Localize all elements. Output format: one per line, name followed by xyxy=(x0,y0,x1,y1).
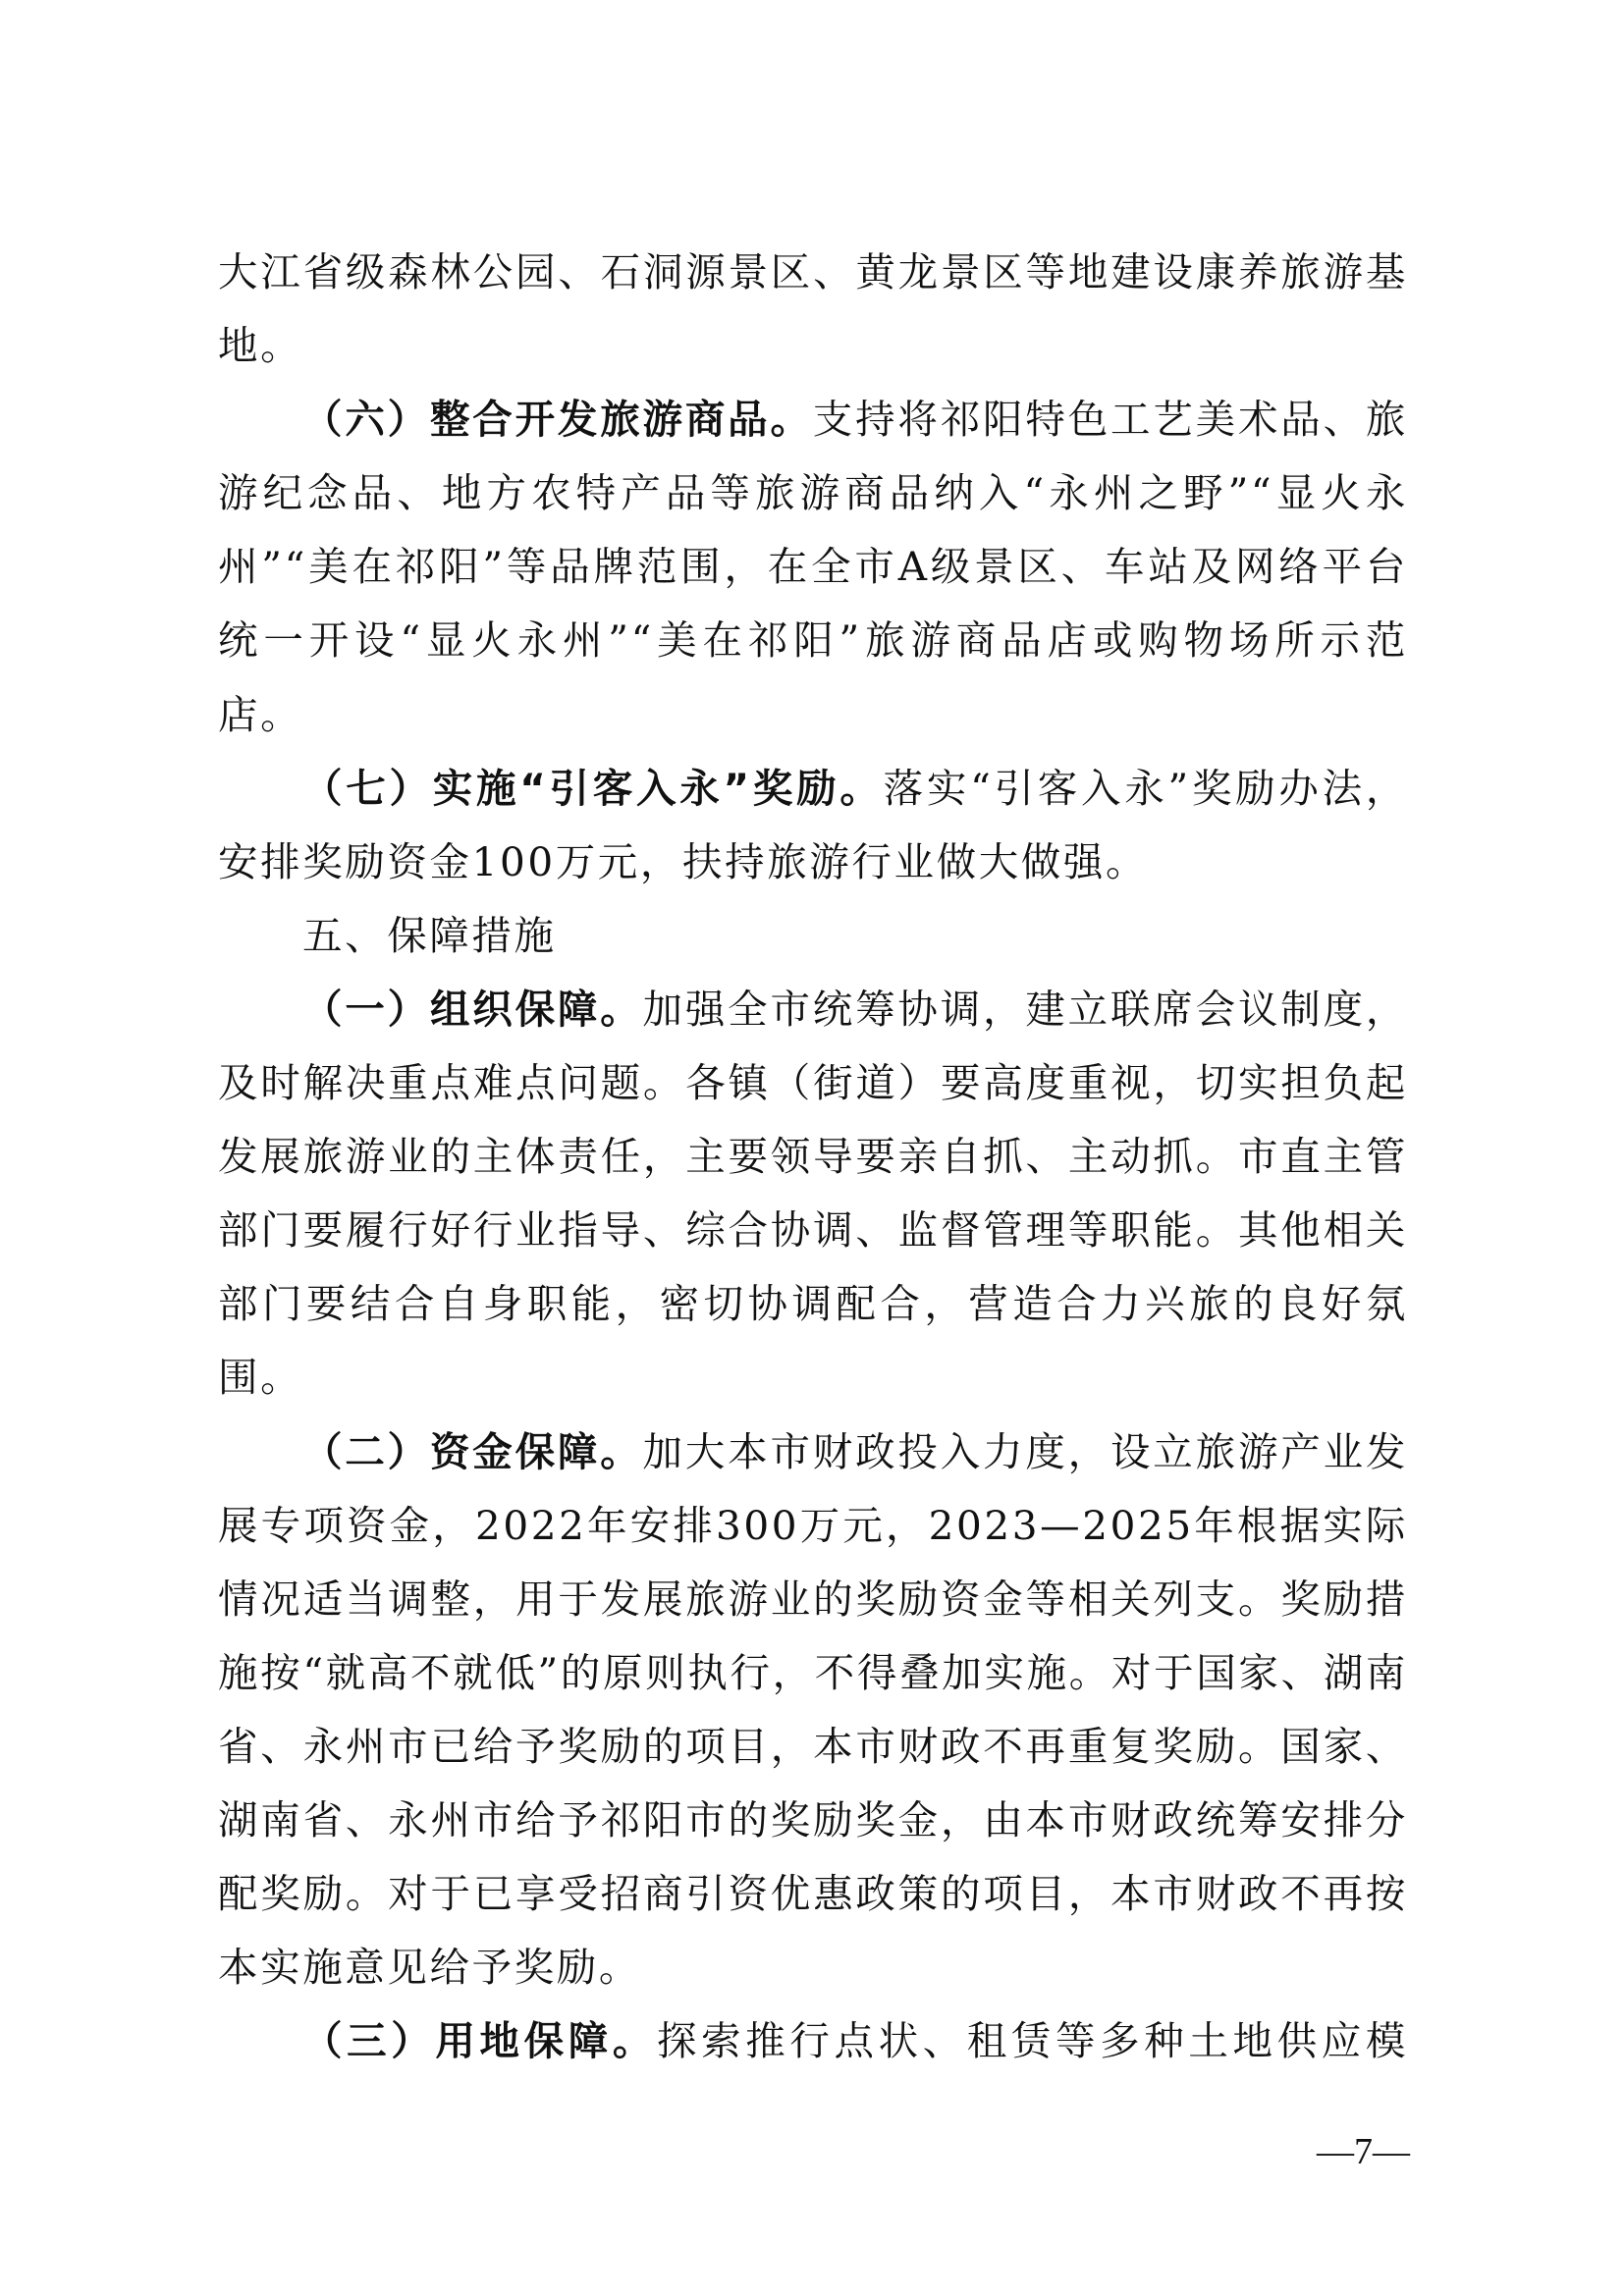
paragraph-funding-guarantee: （二）资金保障。加大本市财政投入力度，设立旅游产业发展专项资金，2022年安排3… xyxy=(218,1415,1408,2005)
section-heading: 五、保障措施 xyxy=(218,899,1408,973)
paragraph-lead-heading: （一）组织保障。 xyxy=(302,986,643,1033)
paragraph-land-guarantee: （三）用地保障。探索推行点状、租赁等多种土地供应模 xyxy=(218,2004,1408,2078)
paragraph-text: 探索推行点状、租赁等多种土地供应模 xyxy=(657,2017,1408,2064)
page-number: —7— xyxy=(1312,2130,1410,2173)
paragraph-lead-heading: （七）实施“引客入永”奖励。 xyxy=(302,765,884,812)
paragraph-text: 大江省级森林公园、石洞源景区、黄龙景区等地建设康养旅游基地。 xyxy=(218,248,1408,369)
paragraph-lead-heading: （二）资金保障。 xyxy=(302,1428,643,1475)
paragraph-continued: 大江省级森林公园、石洞源景区、黄龙景区等地建设康养旅游基地。 xyxy=(218,236,1408,383)
paragraph-organization-guarantee: （一）组织保障。加强全市统筹协调，建立联席会议制度，及时解决重点难点问题。各镇（… xyxy=(218,973,1408,1415)
paragraph-lead-heading: （三）用地保障。 xyxy=(302,2017,657,2064)
paragraph-lead-heading: （六）整合开发旅游商品。 xyxy=(302,396,813,443)
paragraph-visitor-reward: （七）实施“引客入永”奖励。落实“引客入永”奖励办法，安排奖励资金100万元，扶… xyxy=(218,752,1408,899)
paragraph-text: 支持将祁阳特色工艺美术品、旅游纪念品、地方农特产品等旅游商品纳入“永州之野”“显… xyxy=(218,396,1408,737)
paragraph-text: 加强全市统筹协调，建立联席会议制度，及时解决重点难点问题。各镇（街道）要高度重视… xyxy=(218,986,1408,1401)
paragraph-tourism-goods: （六）整合开发旅游商品。支持将祁阳特色工艺美术品、旅游纪念品、地方农特产品等旅游… xyxy=(218,383,1408,751)
document-page: 大江省级森林公园、石洞源景区、黄龙景区等地建设康养旅游基地。 （六）整合开发旅游… xyxy=(218,236,1408,2078)
paragraph-text: 加大本市财政投入力度，设立旅游产业发展专项资金，2022年安排300万元，202… xyxy=(218,1428,1408,1992)
